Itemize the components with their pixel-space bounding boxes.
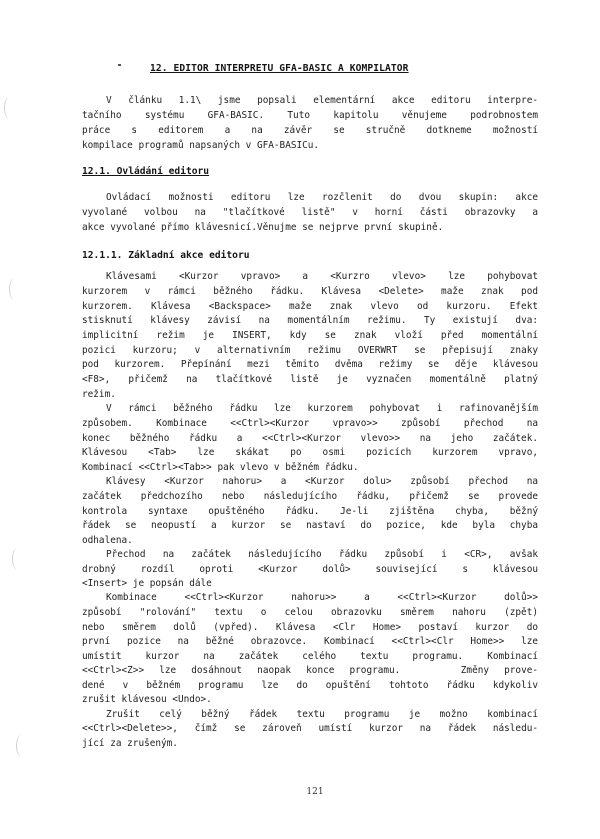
binding-hole-mark: [12, 548, 23, 570]
intro-line: V článku 1.1\ jsme popsali elementární a…: [106, 94, 538, 107]
binding-hole-mark: [4, 97, 15, 119]
paragraph-line: implicitní režim je INSERT, kdy se znak …: [82, 329, 538, 342]
paragraph-line: odhalena.: [82, 534, 538, 547]
paragraph-line: drobný rozdíl oproti <Kurzor dolů> souvi…: [82, 563, 538, 576]
paragraph-line: <<Ctrl><Z>> lze dosáhnout naopak konce p…: [82, 664, 538, 677]
paragraph-line: první pozice na běžné obrazovce. Kombina…: [82, 635, 538, 648]
paragraph-line: vyvolané volbou na "tlačítkové listě" v …: [82, 206, 538, 219]
paragraph-line: řádek se neopustí a kurzor se nastaví do…: [82, 519, 538, 532]
paragraph-line: pod kurzorem. Přepínání mezi těmito dvěm…: [82, 358, 538, 371]
paragraph-line: Klávesami <Kurzor vpravo> a <Kurzro vlev…: [106, 270, 538, 283]
paragraph-line: způsobí "rolování" textu o celou obrazov…: [82, 606, 538, 619]
paragraph-line: dené v běžném programu lze do opuštění t…: [82, 679, 538, 692]
paragraph-line: Kombinací <<Ctrl><Tab>> pak vlevo v běžn…: [82, 461, 538, 474]
paragraph-line: Zrušit celý běžný řádek textu programu j…: [106, 708, 538, 721]
paragraph-line: Přechod na začátek následujícího řádku z…: [106, 548, 538, 561]
intro-line: kompilace programů napsaných v GFA-BASIC…: [82, 139, 538, 152]
paragraph-line: Kombinace <<Ctrl><Kurzor nahoru>> a <<Ct…: [106, 591, 538, 604]
paragraph-line: <Insert> je popsán dále: [82, 577, 538, 590]
paragraph-line: začátek předchozího nebo následujícího ř…: [82, 490, 538, 503]
paragraph-line: způsobem. Kombinace <<Ctrl><Kurzor vprav…: [82, 417, 538, 430]
paragraph-line: kontrola syntaxe opuštěného řádku. Je-li…: [82, 505, 538, 518]
chapter-title: 12. EDITOR INTERPRETU GFA-BASIC A KOMPIL…: [150, 63, 460, 74]
scanned-document-page: 12. EDITOR INTERPRETU GFA-BASIC A KOMPIL…: [0, 0, 600, 839]
section-heading-12-1-1: 12.1.1. Základní akce editoru: [82, 250, 382, 261]
section-heading-12-1: 12.1. Ovládání editoru: [82, 166, 382, 177]
intro-line: tačního systému GFA-BASIC. Tuto kapitolu…: [82, 109, 538, 122]
intro-line: práce s editorem a na závěr se stručně d…: [82, 124, 538, 137]
paragraph-line: pozici kurzoru; v alternativním režimu O…: [82, 344, 538, 357]
paragraph-line: stisknutí klávesy závisí na momentálním …: [82, 314, 538, 327]
binding-hole-mark: [16, 735, 27, 757]
paragraph-line: Ovládací možnosti editoru lze rozčlenit …: [106, 191, 538, 204]
paragraph-line: režim.: [82, 388, 538, 401]
page-number: 121: [300, 787, 330, 797]
paragraph-line: V rámci běžného řádku lze kurzorem pohyb…: [106, 402, 538, 415]
paragraph-line: zrušit klávesou <Undo>.: [82, 693, 538, 706]
paragraph-line: Klávesy <Kurzor nahoru> a <Kurzor dolu> …: [106, 475, 538, 488]
paragraph-line: konec běžného řádku a <<Ctrl><Kurzor vle…: [82, 432, 538, 445]
binding-hole-mark: [9, 278, 20, 300]
paragraph-line: <<Ctrl><Delete>>, čímž se zároveň umístí…: [82, 722, 538, 735]
paragraph-line: jící za zrušeným.: [82, 737, 538, 750]
paragraph-line: nebo směrem dolů (vpřed). Klávesa <Clr H…: [82, 621, 538, 634]
paragraph-line: kurzorem. Klávesa <Backspace> maže znak …: [82, 300, 538, 313]
paragraph-line: umístit kurzor na začátek celého textu p…: [82, 650, 538, 663]
paragraph-line: kurzorem v rámci běžného řádku. Klávesa …: [82, 285, 538, 298]
paragraph-line: <F8>, přičemž na tlačítkové listě je vyz…: [82, 373, 538, 386]
paragraph-line: Klávesou <Tab> lze skákat po osmi pozicí…: [82, 446, 538, 459]
scan-speck: [118, 64, 121, 66]
paragraph-line: akce vyvolané přímo klávesnicí.Věnujme s…: [82, 221, 538, 234]
